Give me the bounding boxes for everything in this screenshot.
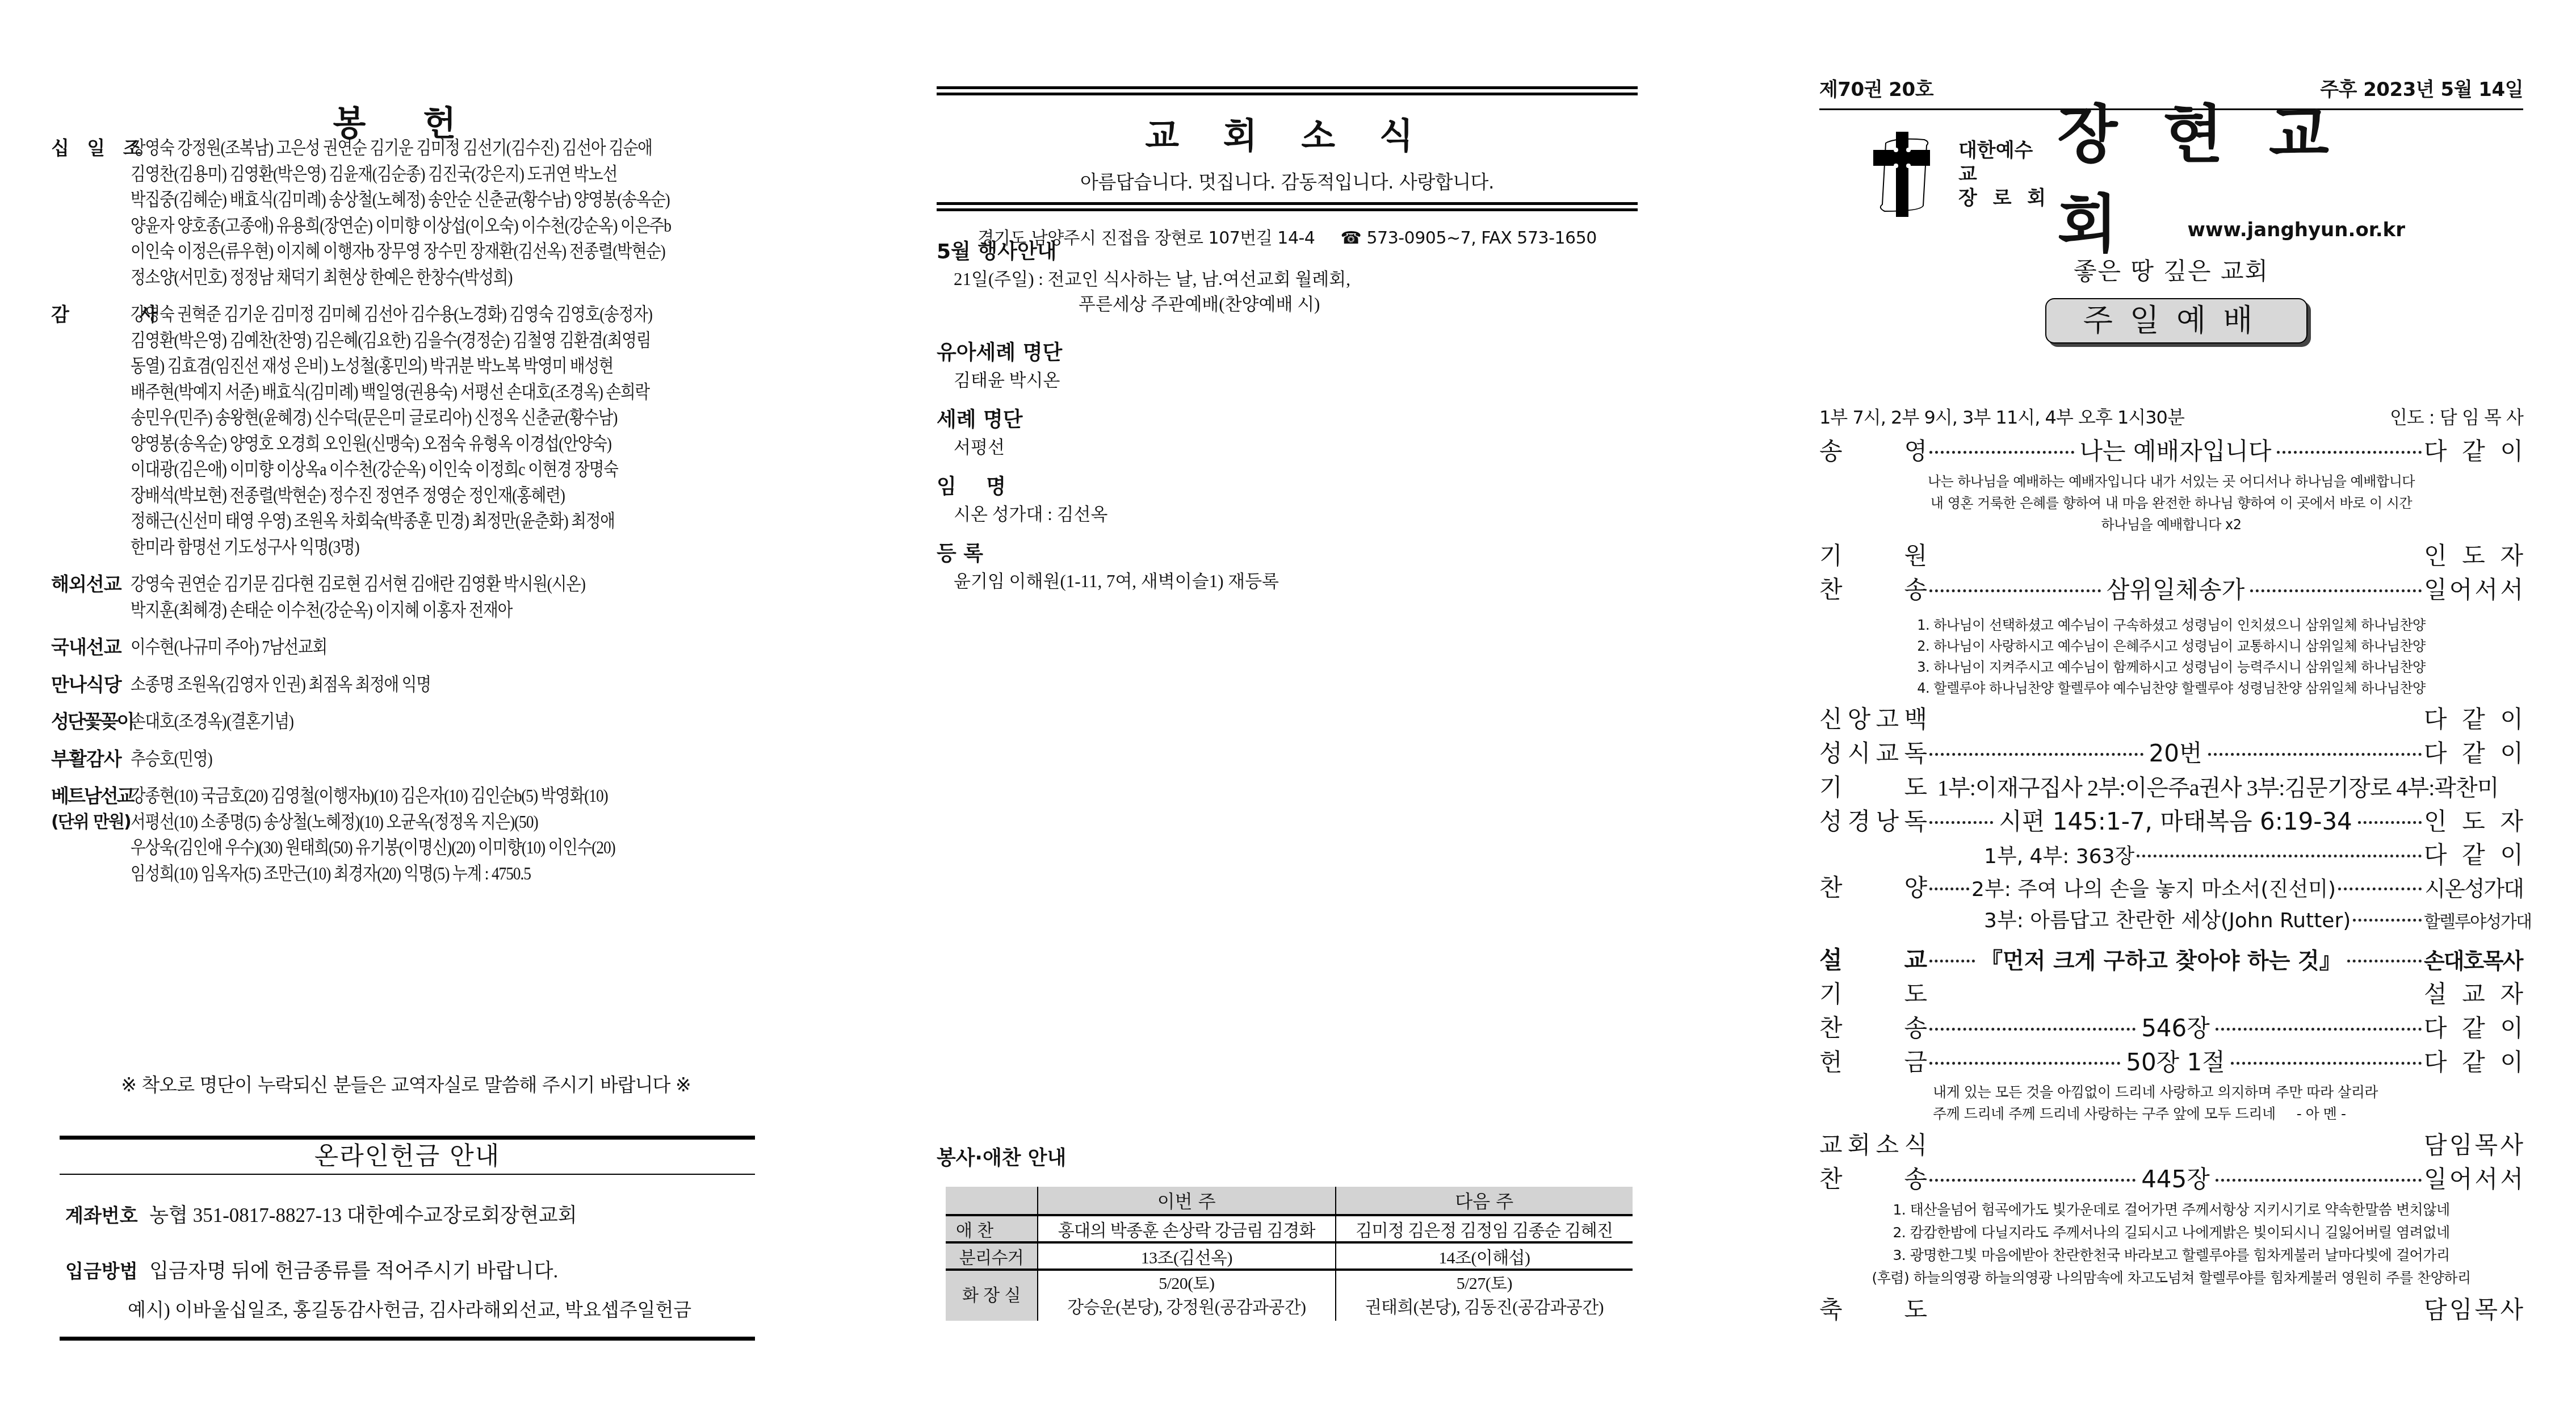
- performer-char: 어: [2449, 1162, 2473, 1196]
- item-char: 교: [1819, 1128, 1843, 1162]
- this-week-cell: 13조(김선옥): [1038, 1242, 1336, 1270]
- item-title: 20번: [2146, 736, 2206, 771]
- denomination-char: 회: [2027, 186, 2046, 210]
- cell-names: 권태희(본당), 김동진(공감과공간): [1336, 1296, 1633, 1320]
- method-example: 예시) 이바울십일조, 홍길동감사헌금, 김사라해외선교, 박요셉주일헌금: [65, 1295, 749, 1322]
- item-name: 찬양: [1819, 872, 1927, 905]
- performer-char: 자: [2500, 977, 2523, 1011]
- performer-char: 담: [2424, 1293, 2447, 1327]
- item-fill: [1927, 999, 2424, 1002]
- worship-item-creed: 신앙고백 다같이: [1819, 702, 2523, 736]
- sermon-title: 『먼저 크게 구하고 찾아야 하는 것』: [1977, 944, 2345, 978]
- prayer-leaders: 1부:이재구집사 2부:이은주a권사 3부:김문기장로 4부:곽찬미: [1927, 771, 2498, 805]
- table-header-next-week: 다음 주: [1336, 1187, 1633, 1215]
- order-of-worship: 송영 나는 예배자입니다 다같이 나는 하나님을 예배하는 예배자입니다 내가 …: [1819, 434, 2523, 1327]
- service-duty-section: 봉사·애찬 안내 이번 주 다음 주 애 찬 홍대의 박종훈 손상락 강금림 김…: [937, 1142, 1638, 1321]
- item-char: 교: [1876, 736, 1899, 771]
- table-row: 애 찬 홍대의 박종훈 손상락 강금림 김경화 김미정 김은정 김정임 김종순 …: [946, 1215, 1633, 1242]
- item-char: 송: [1904, 1162, 1927, 1196]
- performer-char: 인: [2424, 805, 2447, 839]
- performer-char: 도: [2462, 805, 2485, 839]
- item-fill: [1927, 1150, 2424, 1153]
- offering-list: 십 일 조 강영숙 강정원(조복남) 고은성 권연순 김기운 김미정 김선기(김…: [51, 135, 761, 898]
- item-char: 기: [1819, 977, 1843, 1011]
- news-line: 김태윤 박시온: [937, 368, 1638, 393]
- this-week-cell: 5/20(토) 강승운(본당), 강정원(공감과공간): [1038, 1270, 1336, 1321]
- offering-line: 강영숙 권혁준 김기운 김미정 김미혜 김선아 김수용(노경화) 김영숙 김영호…: [131, 302, 673, 328]
- news-header: 교 회 소 식 아름답습니다. 멋집니다. 감동적입니다. 사랑합니다. 경기도…: [937, 86, 1638, 249]
- trinity-hymn-lyrics: 1. 하나님이 선택하셨고 예수님이 구속하셨고 성령님이 인치셨으니 삼위일체…: [1819, 615, 2523, 699]
- item-fill: 시편 145:1-7, 마태복음 6:19-34: [1927, 805, 2424, 839]
- leader-dots: [1929, 1028, 2136, 1031]
- performer-char: 목: [2475, 1293, 2498, 1327]
- worship-item-scripture: 성경낭독 시편 145:1-7, 마태복음 6:19-34 인도자: [1819, 805, 2523, 839]
- item-char: 성: [1819, 805, 1843, 839]
- offering-names: 강종현(10) 국금호(20) 김영철(이행자b)(10) 김은자(10) 김인…: [131, 783, 761, 886]
- item-char: 기: [1819, 539, 1843, 573]
- offering-names: 강영숙 권혁준 김기운 김미정 김미혜 김선아 김수용(노경화) 김영숙 김영호…: [131, 302, 761, 560]
- item-title: 546장: [2138, 1011, 2213, 1045]
- item-char: 성: [1819, 736, 1843, 771]
- item-performer: 다같이: [2424, 702, 2523, 736]
- item-char: 송: [1904, 573, 1927, 607]
- leader-dots: [1929, 589, 2101, 592]
- account-number: 농협 351-0817-8827-13 대한예수교장로회장현교회: [149, 1204, 577, 1226]
- offering-group-overseas-mission: 해외선교 강영숙 권연순 김기문 김다현 김로현 김서현 김애란 김영환 박시원…: [51, 571, 761, 623]
- worship-item-sermon-prayer: 기도 설교자: [1819, 977, 2523, 1011]
- double-rule: [937, 86, 1638, 95]
- church-slogan: 좋은 땅 깊은 교회: [1819, 253, 2523, 287]
- performer-char: 같: [2462, 736, 2485, 771]
- item-name: 송영: [1819, 434, 1927, 468]
- item-char: 백: [1904, 702, 1927, 736]
- denomination-char: 장: [1958, 186, 1977, 210]
- performer-char: 다: [2424, 1045, 2447, 1079]
- church-news-panel: 교 회 소 식 아름답습니다. 멋집니다. 감동적입니다. 사랑합니다. 경기도…: [937, 0, 1638, 1415]
- worship-item-prayer: 기도 1부:이재구집사 2부:이은주a권사 3부:김문기장로 4부:곽찬미: [1819, 771, 2523, 805]
- offering-line: 정소양(서민호) 정정남 채덕기 최현상 한예은 한창수(박성희): [131, 265, 673, 291]
- offering-lyrics: 내게 있는 모든 것을 아낌없이 드리네 사랑하고 의지하며 주만 따라 살리라…: [1819, 1082, 2523, 1125]
- worship-item-hymn-trinity: 찬송 삼위일체송가 일어서서: [1819, 573, 2523, 607]
- denomination-char: 로: [1993, 186, 2012, 210]
- item-char: 도: [1904, 1293, 1927, 1327]
- offering-label: 부활감사: [51, 746, 131, 772]
- leader-dots: [1929, 887, 1969, 890]
- item-title: 50장 1절: [2122, 1045, 2229, 1079]
- item-char: 원: [1904, 539, 1927, 573]
- double-rule: [937, 202, 1638, 211]
- performer-char: 인: [2424, 539, 2447, 573]
- item-char: 교: [1904, 943, 1927, 977]
- item-char: 시: [1848, 736, 1871, 771]
- item-fill: 50장 1절: [1927, 1045, 2424, 1079]
- service-duty-title: 봉사·애찬 안내: [937, 1142, 1638, 1171]
- anthem-performer: 할렐루야성가대: [2424, 906, 2523, 939]
- offering-line: 박집중(김혜순) 배효식(김미례) 송상철(노혜정) 송안순 신춘균(황수남) …: [131, 187, 673, 213]
- row-label: 애 찬: [946, 1215, 1038, 1242]
- performer-char: 같: [2462, 702, 2485, 736]
- offering-label: 감 사: [51, 302, 131, 560]
- performer-char: 임: [2449, 1293, 2473, 1327]
- row-label-text: 애 찬: [946, 1216, 1037, 1241]
- anthem-performer: 시온성가대: [2424, 872, 2523, 905]
- item-fill: 445장: [1927, 1162, 2424, 1196]
- news-line: 21일(주일) : 전교인 식사하는 날, 남.여선교회 월례회,: [937, 267, 1638, 292]
- performer-char: 일: [2424, 1162, 2447, 1196]
- offering-names: 추승호(민영): [131, 746, 761, 772]
- offering-group-thanks: 감 사 강영숙 권혁준 김기운 김미정 김미혜 김선아 김수용(노경화) 김영숙…: [51, 302, 761, 560]
- denomination-line1: 대한예수교: [1958, 139, 2046, 186]
- table-header-row: 이번 주 다음 주: [946, 1187, 1633, 1215]
- row-label: 화 장 실: [946, 1270, 1038, 1321]
- offering-label: 만나식당: [51, 672, 131, 698]
- worship-item-offering: 헌금 50장 1절 다같이: [1819, 1045, 2523, 1079]
- performer-char: 같: [2462, 1011, 2485, 1045]
- offering-line: 동열) 김효겸(임진선 재성 은비) 노성철(홍민의) 박귀분 박노복 박영미 …: [131, 353, 673, 379]
- anthem-line-2: 찬양 2부: 주여 나의 손을 놓지 마소서(진선미) 시온성가대: [1819, 872, 2523, 905]
- news-subtitle: 아름답습니다. 멋집니다. 감동적입니다. 사랑합니다.: [937, 168, 1638, 194]
- offering-names: 소종명 조원옥(김영자 인권) 최점옥 최정애 익명: [131, 672, 761, 698]
- performer-char: 사: [2500, 1293, 2523, 1327]
- offering-line: 소종명 조원옥(김영자 인권) 최점옥 최정애 익명: [131, 672, 673, 698]
- performer-char: 이: [2500, 702, 2523, 736]
- leader-dots: [1929, 960, 1975, 962]
- divider: [60, 1337, 755, 1341]
- leader-dots: [1929, 1062, 2120, 1065]
- lyric-line: 2. 캄캄한밤에 다닐지라도 주께서나의 길되시고 나에게밝은 빛이되시니 길잃…: [1819, 1221, 2523, 1244]
- offering-unit-label: (단위 만원): [51, 809, 131, 835]
- item-performer: 다같이: [2424, 736, 2523, 771]
- news-section-registration: 등 록 윤기임 이해원(1-11, 7여, 새벽이슬1) 재등록: [937, 539, 1638, 594]
- anthem-title: 3부: 아름답고 찬란한 세상(John Rutter): [1984, 905, 2351, 937]
- item-title: 445장: [2138, 1162, 2213, 1196]
- offering-line: 서평선(10) 소종명(5) 송상철(노혜정)(10) 오균옥(정정옥 지은)(…: [131, 809, 673, 835]
- item-char: 설: [1819, 943, 1843, 977]
- item-name: 찬송: [1819, 573, 1927, 607]
- offering-line: 임성희(10) 임옥자(5) 조만근(10) 최경자(20) 익명(5) 누계 …: [131, 861, 673, 887]
- item-char: 찬: [1819, 872, 1843, 905]
- item-name: 기원: [1819, 539, 1927, 573]
- offering-group-domestic-mission: 국내선교 이수현(나규미 주아) 7남선교회: [51, 634, 761, 660]
- item-char: 송: [1904, 1011, 1927, 1045]
- news-section-appointment: 임 명 시온 성가대 : 김선옥: [937, 472, 1638, 527]
- offering-group-easter: 부활감사 추승호(민영): [51, 746, 761, 772]
- item-char: 도: [1904, 771, 1927, 805]
- leader-dots: [1929, 1179, 2136, 1182]
- offering-line: 정해근(신선미 태영 우영) 조원옥 차회숙(박종훈 민경) 최정만(윤춘화) …: [131, 508, 673, 534]
- item-char: 송: [1819, 434, 1843, 468]
- church-logo: 대한예수교 장 로 회 장현교회: [1873, 132, 2441, 217]
- offering-label: 십 일 조: [51, 135, 131, 290]
- item-char: 헌: [1819, 1045, 1843, 1079]
- item-name: 찬송: [1819, 1162, 1927, 1196]
- leader-dots: [1929, 821, 1993, 824]
- table-header-empty: [946, 1187, 1038, 1215]
- anthem-title: 1부, 4부: 363장: [1984, 840, 2134, 873]
- leader-dots: [2353, 919, 2422, 922]
- lyric-line: 3. 광명한그빛 마음에받아 찬란한천국 바라보고 할렐루야를 힘차게불러 날마…: [1819, 1244, 2523, 1267]
- item-char: 찬: [1819, 573, 1843, 607]
- performer-char: 다: [2424, 702, 2447, 736]
- offering-names: 이수현(나규미 주아) 7남선교회: [131, 634, 761, 660]
- item-char: 찬: [1819, 1162, 1843, 1196]
- offering-line: 한미라 함명선 기도성구사 익명(3명): [131, 534, 673, 560]
- item-performer: 인도자: [2424, 805, 2523, 839]
- service-duty-table: 이번 주 다음 주 애 찬 홍대의 박종훈 손상락 강금림 김경화 김미정 김은…: [946, 1187, 1633, 1321]
- worship-item-announcements: 교회소식 담임목사: [1819, 1128, 2523, 1162]
- item-char: 축: [1819, 1293, 1843, 1327]
- hymn-445-lyrics: 1. 태산을넘어 험곡에가도 빛가운데로 걸어가면 주께서항상 지키시기로 약속…: [1819, 1199, 2523, 1290]
- item-title: 나는 예배자입니다: [2076, 434, 2275, 468]
- offering-group-flowers: 성단꽃꽂이 손대호(조경옥)(결혼기념): [51, 709, 761, 735]
- leader-dots: [2216, 1179, 2422, 1182]
- worship-item-doxology: 송영 나는 예배자입니다 다같이: [1819, 434, 2523, 468]
- news-heading: 임 명: [937, 472, 1638, 502]
- online-offering-title: 온라인헌금 안내: [60, 1140, 755, 1174]
- item-performer: 설교자: [2424, 977, 2523, 1011]
- leader-dots: [1929, 753, 2143, 756]
- next-week-cell: 김미정 김은정 김정임 김종순 김혜진: [1336, 1215, 1633, 1242]
- news-section-baptism: 세례 명단 서평선: [937, 405, 1638, 460]
- news-sections: 5월 행사안내 21일(주일) : 전교인 식사하는 날, 남.여선교회 월례회…: [937, 237, 1638, 594]
- lyric-line: 3. 하나님이 지켜주시고 예수님이 함께하시고 성령님이 능력주시니 삼위일체…: [1819, 657, 2523, 678]
- item-fill: 삼위일체송가: [1927, 573, 2424, 607]
- lyric-line: (후렴) 하늘의영광 하늘의영광 나의맘속에 차고도넘쳐 할렐루야를 힘차게불러…: [1819, 1267, 2523, 1290]
- news-section-infant-baptism: 유아세례 명단 김태윤 박시온: [937, 338, 1638, 393]
- performer-char: 이: [2500, 1011, 2523, 1045]
- news-title: 교 회 소 식: [937, 108, 1638, 158]
- lyric-line: 4. 할렐루야 하나님찬양 할렐루야 예수님찬양 할렐루야 성령님찬양 삼위일체…: [1819, 678, 2523, 699]
- offering-line: 배주현(박예지 서준) 배효식(김미례) 백일영(권용숙) 서평선 손대호(조경…: [131, 379, 673, 405]
- item-char: 회: [1848, 1128, 1871, 1162]
- item-char: 낭: [1876, 805, 1899, 839]
- performer-char: 다: [2424, 434, 2447, 468]
- item-char: 신: [1819, 702, 1843, 736]
- performer-char: 자: [2500, 539, 2523, 573]
- item-performer: 일어서서: [2424, 573, 2523, 607]
- next-week-cell: 14조(이해섭): [1336, 1242, 1633, 1270]
- offering-line: 장배석(박보현) 전종렬(박현순) 정수진 정연주 정영순 정인재(홍혜련): [131, 483, 673, 509]
- news-line: 시온 성가대 : 김선옥: [937, 502, 1638, 527]
- item-performer: 다같이: [2424, 434, 2523, 468]
- item-char: 고: [1876, 702, 1899, 736]
- item-name: 축도: [1819, 1293, 1927, 1327]
- service-times: 1부 7시, 2부 9시, 3부 11시, 4부 오후 1시30분 인도 : 담…: [1819, 403, 2523, 429]
- offering-line: 송민우(민주) 송왕현(윤혜경) 신수덕(문은미 글로리아) 신정옥 신춘균(황…: [131, 405, 673, 431]
- item-char: 양: [1904, 872, 1927, 905]
- omission-notice: ※ 착오로 명단이 누락되신 분들은 교역자실로 말씀해 주시기 바랍니다 ※: [51, 1070, 761, 1097]
- table-row: 분리수거 13조(김선옥) 14조(이해섭): [946, 1242, 1633, 1270]
- offering-label: 베트남선교: [51, 783, 131, 809]
- account-row: 계좌번호 농협 351-0817-8827-13 대한예수교장로회장현교회: [65, 1200, 749, 1228]
- table-row: 화 장 실 5/20(토) 강승운(본당), 강정원(공감과공간) 5/27(토…: [946, 1270, 1633, 1321]
- item-name: 기도: [1819, 771, 1927, 805]
- leader-dots: [2250, 589, 2422, 592]
- item-char: 독: [1904, 736, 1927, 771]
- item-fill: 2부: 주여 나의 손을 놓지 마소서(진선미): [1927, 873, 2424, 906]
- lyric-line: 하나님을 예배합니다 x2: [1819, 514, 2523, 535]
- news-heading: 등 록: [937, 539, 1638, 569]
- anthem-line-1: 1부, 4부: 363장 다 같 이: [1819, 839, 2523, 872]
- preacher: 손대호목사: [2424, 944, 2523, 978]
- volume-number: 제70권 20호: [1819, 74, 1933, 102]
- item-fill: 546장: [1927, 1011, 2424, 1045]
- lyric-line: 내 영혼 거룩한 은혜를 향하여 내 마음 완전한 하나님 향하여 이 곳에서 …: [1819, 492, 2523, 514]
- leader-dots: [2338, 887, 2422, 890]
- anthem-performer: 다 같 이: [2424, 839, 2523, 872]
- item-char: 도: [1904, 977, 1927, 1011]
- cell-names: 강승운(본당), 강정원(공감과공간): [1038, 1296, 1335, 1320]
- online-offering-body: 계좌번호 농협 351-0817-8827-13 대한예수교장로회장현교회 입금…: [60, 1200, 755, 1322]
- performer-char: 임: [2449, 1128, 2473, 1162]
- divider: [60, 1136, 755, 1140]
- item-char: 영: [1904, 434, 1927, 468]
- offering-line: 박지훈(최혜경) 손태순 이수천(강순옥) 이지혜 이홍자 전재아: [131, 597, 673, 623]
- item-fill: 3부: 아름답고 찬란한 세상(John Rutter): [1927, 905, 2424, 937]
- website-link[interactable]: www.janghyun.or.kr: [2188, 219, 2405, 241]
- leader-dots: [2208, 753, 2422, 756]
- service-title-badge: 주일예배: [2045, 298, 2308, 344]
- table-header-this-week: 이번 주: [1038, 1187, 1336, 1215]
- item-fill: 『먼저 크게 구하고 찾아야 하는 것』: [1927, 944, 2424, 978]
- offering-names: 강영숙 권연순 김기문 김다현 김로현 김서현 김애란 김영환 박시원(시온) …: [131, 571, 761, 623]
- news-heading: 5월 행사안내: [937, 237, 1638, 267]
- item-name: 기도: [1819, 977, 1927, 1011]
- item-name: 헌금: [1819, 1045, 1927, 1079]
- account-label: 계좌번호: [65, 1204, 138, 1226]
- offering-group-tithe: 십 일 조 강영숙 강정원(조복남) 고은성 권연순 김기운 김미정 김선기(김…: [51, 135, 761, 290]
- worship-item-benediction: 축도 담임목사: [1819, 1293, 2523, 1327]
- offering-group-manna: 만나식당 소종명 조원옥(김영자 인권) 최점옥 최정애 익명: [51, 672, 761, 698]
- lyric-line: 2. 하나님이 사랑하시고 예수님이 은혜주시고 성령님이 교통하시니 삼위일체…: [1819, 636, 2523, 657]
- performer-char: 목: [2475, 1128, 2498, 1162]
- this-week-cell: 홍대의 박종훈 손상락 강금림 김경화: [1038, 1215, 1336, 1242]
- worship-item-sermon: 설교 『먼저 크게 구하고 찾아야 하는 것』 손대호목사: [1819, 943, 2523, 977]
- worship-item-hymn-546: 찬송 546장 다같이: [1819, 1011, 2523, 1045]
- offering-line: 이인숙 이정은(류우현) 이지혜 이행자b 장무영 장수민 장재환(김선옥) 전…: [131, 238, 673, 265]
- offering-line: 강영숙 강정원(조복남) 고은성 권연순 김기운 김미정 김선기(김수진) 김선…: [131, 135, 673, 161]
- news-line-continued: 푸른세상 주관예배(찬양예배 시): [1079, 294, 1320, 314]
- performer-char: 이: [2500, 434, 2523, 468]
- news-heading: 유아세례 명단: [937, 338, 1638, 368]
- offering-line: 김영환(박은영) 김예찬(찬영) 김은혜(김요한) 김을수(경정순) 김철영 김…: [131, 328, 673, 354]
- item-title: 시편 145:1-7, 마태복음 6:19-34: [1995, 805, 2356, 839]
- news-section-events: 5월 행사안내 21일(주일) : 전교인 식사하는 날, 남.여선교회 월례회…: [937, 237, 1638, 317]
- leader-dots: [2216, 1028, 2422, 1031]
- offering-line: 양영봉(송옥순) 양영호 오경희 오인원(신맹숙) 오점숙 유형옥 이경섭(안양…: [131, 431, 673, 457]
- offering-label: 해외선교: [51, 571, 131, 623]
- performer-char: 서: [2475, 573, 2498, 607]
- denomination-line2: 장 로 회: [1958, 186, 2046, 210]
- performer-char: 다: [2424, 736, 2447, 771]
- item-performer: 일어서서: [2424, 1162, 2523, 1196]
- item-name: 성시교독: [1819, 736, 1927, 771]
- online-offering-box: 온라인헌금 안내 계좌번호 농협 351-0817-8827-13 대한예수교장…: [60, 1136, 755, 1341]
- method-label: 입금방법: [65, 1260, 138, 1282]
- offering-line: 양윤자 양호종(고종애) 유용희(장연순) 이미향 이상섭(이오숙) 이수천(강…: [131, 213, 673, 239]
- offering-label: 성단꽃꽂이: [51, 709, 131, 735]
- performer-char: 자: [2500, 805, 2523, 839]
- worship-item-invocation: 기원 인도자: [1819, 539, 2523, 573]
- item-fill: 20번: [1927, 736, 2424, 771]
- item-performer: 담임목사: [2424, 1293, 2523, 1327]
- cross-scroll-icon: [1873, 132, 1936, 217]
- lyric-line: 1. 하나님이 선택하셨고 예수님이 구속하셨고 성령님이 인치셨으니 삼위일체…: [1819, 615, 2523, 636]
- leader-dots: [2347, 960, 2422, 962]
- offering-line: 김영찬(김용미) 김영환(박은영) 김윤재(김순종) 김진국(강은지) 도귀연 …: [131, 161, 673, 187]
- anthem-line-3: 3부: 아름답고 찬란한 세상(John Rutter) 할렐루야성가대: [1819, 905, 2523, 937]
- item-title: 삼위일체송가: [2103, 573, 2248, 607]
- item-name: 교회소식: [1819, 1128, 1927, 1162]
- item-char: 기: [1819, 771, 1843, 805]
- offering-group-vietnam-mission: 베트남선교 (단위 만원) 강종현(10) 국금호(20) 김영철(이행자b)(…: [51, 783, 761, 886]
- performer-char: 같: [2462, 1045, 2485, 1079]
- item-fill: [1927, 1315, 2424, 1318]
- performer-char: 같: [2462, 434, 2485, 468]
- item-char: 금: [1904, 1045, 1927, 1079]
- item-performer: 담임목사: [2424, 1128, 2523, 1162]
- item-fill: [1927, 725, 2424, 727]
- item-char: 소: [1876, 1128, 1899, 1162]
- performer-char: 도: [2462, 539, 2485, 573]
- item-name: 설교: [1819, 943, 1927, 977]
- leader-dots: [2137, 855, 2422, 857]
- item-performer: 다같이: [2424, 1011, 2523, 1045]
- performer-char: 일: [2424, 573, 2447, 607]
- method-row: 입금방법 입금자명 뒤에 헌금종류를 적어주시기 바랍니다.: [65, 1255, 749, 1284]
- offering-line: 이수현(나규미 주아) 7남선교회: [131, 634, 673, 660]
- offering-line: 강영숙 권연순 김기문 김다현 김로현 김서현 김애란 김영환 박시원(시온): [131, 571, 673, 597]
- leader-dots: [1929, 451, 2074, 454]
- doxology-lyrics: 나는 하나님을 예배하는 예배자입니다 내가 서있는 곳 어디서나 하나님을 예…: [1819, 471, 2523, 535]
- item-char: 앙: [1848, 702, 1871, 736]
- item-fill: 나는 예배자입니다: [1927, 434, 2424, 468]
- leader-dots: [2358, 821, 2422, 824]
- item-name: 신앙고백: [1819, 702, 1927, 736]
- performer-char: 어: [2449, 573, 2473, 607]
- offering-names: 손대호(조경옥)(결혼기념): [131, 709, 761, 735]
- news-line: 서평선: [937, 435, 1638, 460]
- item-name: 성경낭독: [1819, 805, 1927, 839]
- performer-char: 다: [2424, 1011, 2447, 1045]
- performer-char: 설: [2424, 977, 2447, 1011]
- performer-char: 이: [2500, 736, 2523, 771]
- row-label: 분리수거: [946, 1242, 1038, 1270]
- item-performer: 인도자: [2424, 539, 2523, 573]
- offering-line: 우상욱(김인애 우수)(30) 원태희(50) 유기봉(이명신)(20) 이미향…: [131, 835, 673, 861]
- cell-date: 5/27(토): [1336, 1272, 1633, 1296]
- news-heading: 세례 명단: [937, 405, 1638, 435]
- row-label-value: 애 찬: [956, 1216, 993, 1241]
- item-char: 경: [1848, 805, 1871, 839]
- offering-line: 이대광(김은애) 이미향 이상옥a 이수천(강순옥) 이인숙 이정희c 이현경 …: [131, 457, 673, 483]
- news-line: 푸른세상 주관예배(찬양예배 시): [937, 292, 1638, 317]
- lyric-line: 나는 하나님을 예배하는 예배자입니다 내가 서있는 곳 어디서나 하나님을 예…: [1819, 471, 2523, 492]
- performer-char: 서: [2500, 573, 2523, 607]
- item-char: 식: [1904, 1128, 1927, 1162]
- lyric-line: 1. 태산을넘어 험곡에가도 빛가운데로 걸어가면 주께서항상 지키시기로 약속…: [1819, 1199, 2523, 1221]
- item-char: 독: [1904, 805, 1927, 839]
- offering-label-block: 베트남선교 (단위 만원): [51, 783, 131, 886]
- item-char: 찬: [1819, 1011, 1843, 1045]
- worship-item-hymn-445: 찬송 445장 일어서서: [1819, 1162, 2523, 1196]
- performer-char: 교: [2462, 977, 2485, 1011]
- item-performer: 다같이: [2424, 1045, 2523, 1079]
- denomination: 대한예수교 장 로 회: [1958, 139, 2046, 210]
- offering-names: 강영숙 강정원(조복남) 고은성 권연순 김기운 김미정 김선기(김수진) 김선…: [131, 135, 761, 290]
- news-line: 윤기임 이해원(1-11, 7여, 새벽이슬1) 재등록: [937, 569, 1638, 594]
- anthem-title: 2부: 주여 나의 손을 놓지 마소서(진선미): [1971, 873, 2336, 906]
